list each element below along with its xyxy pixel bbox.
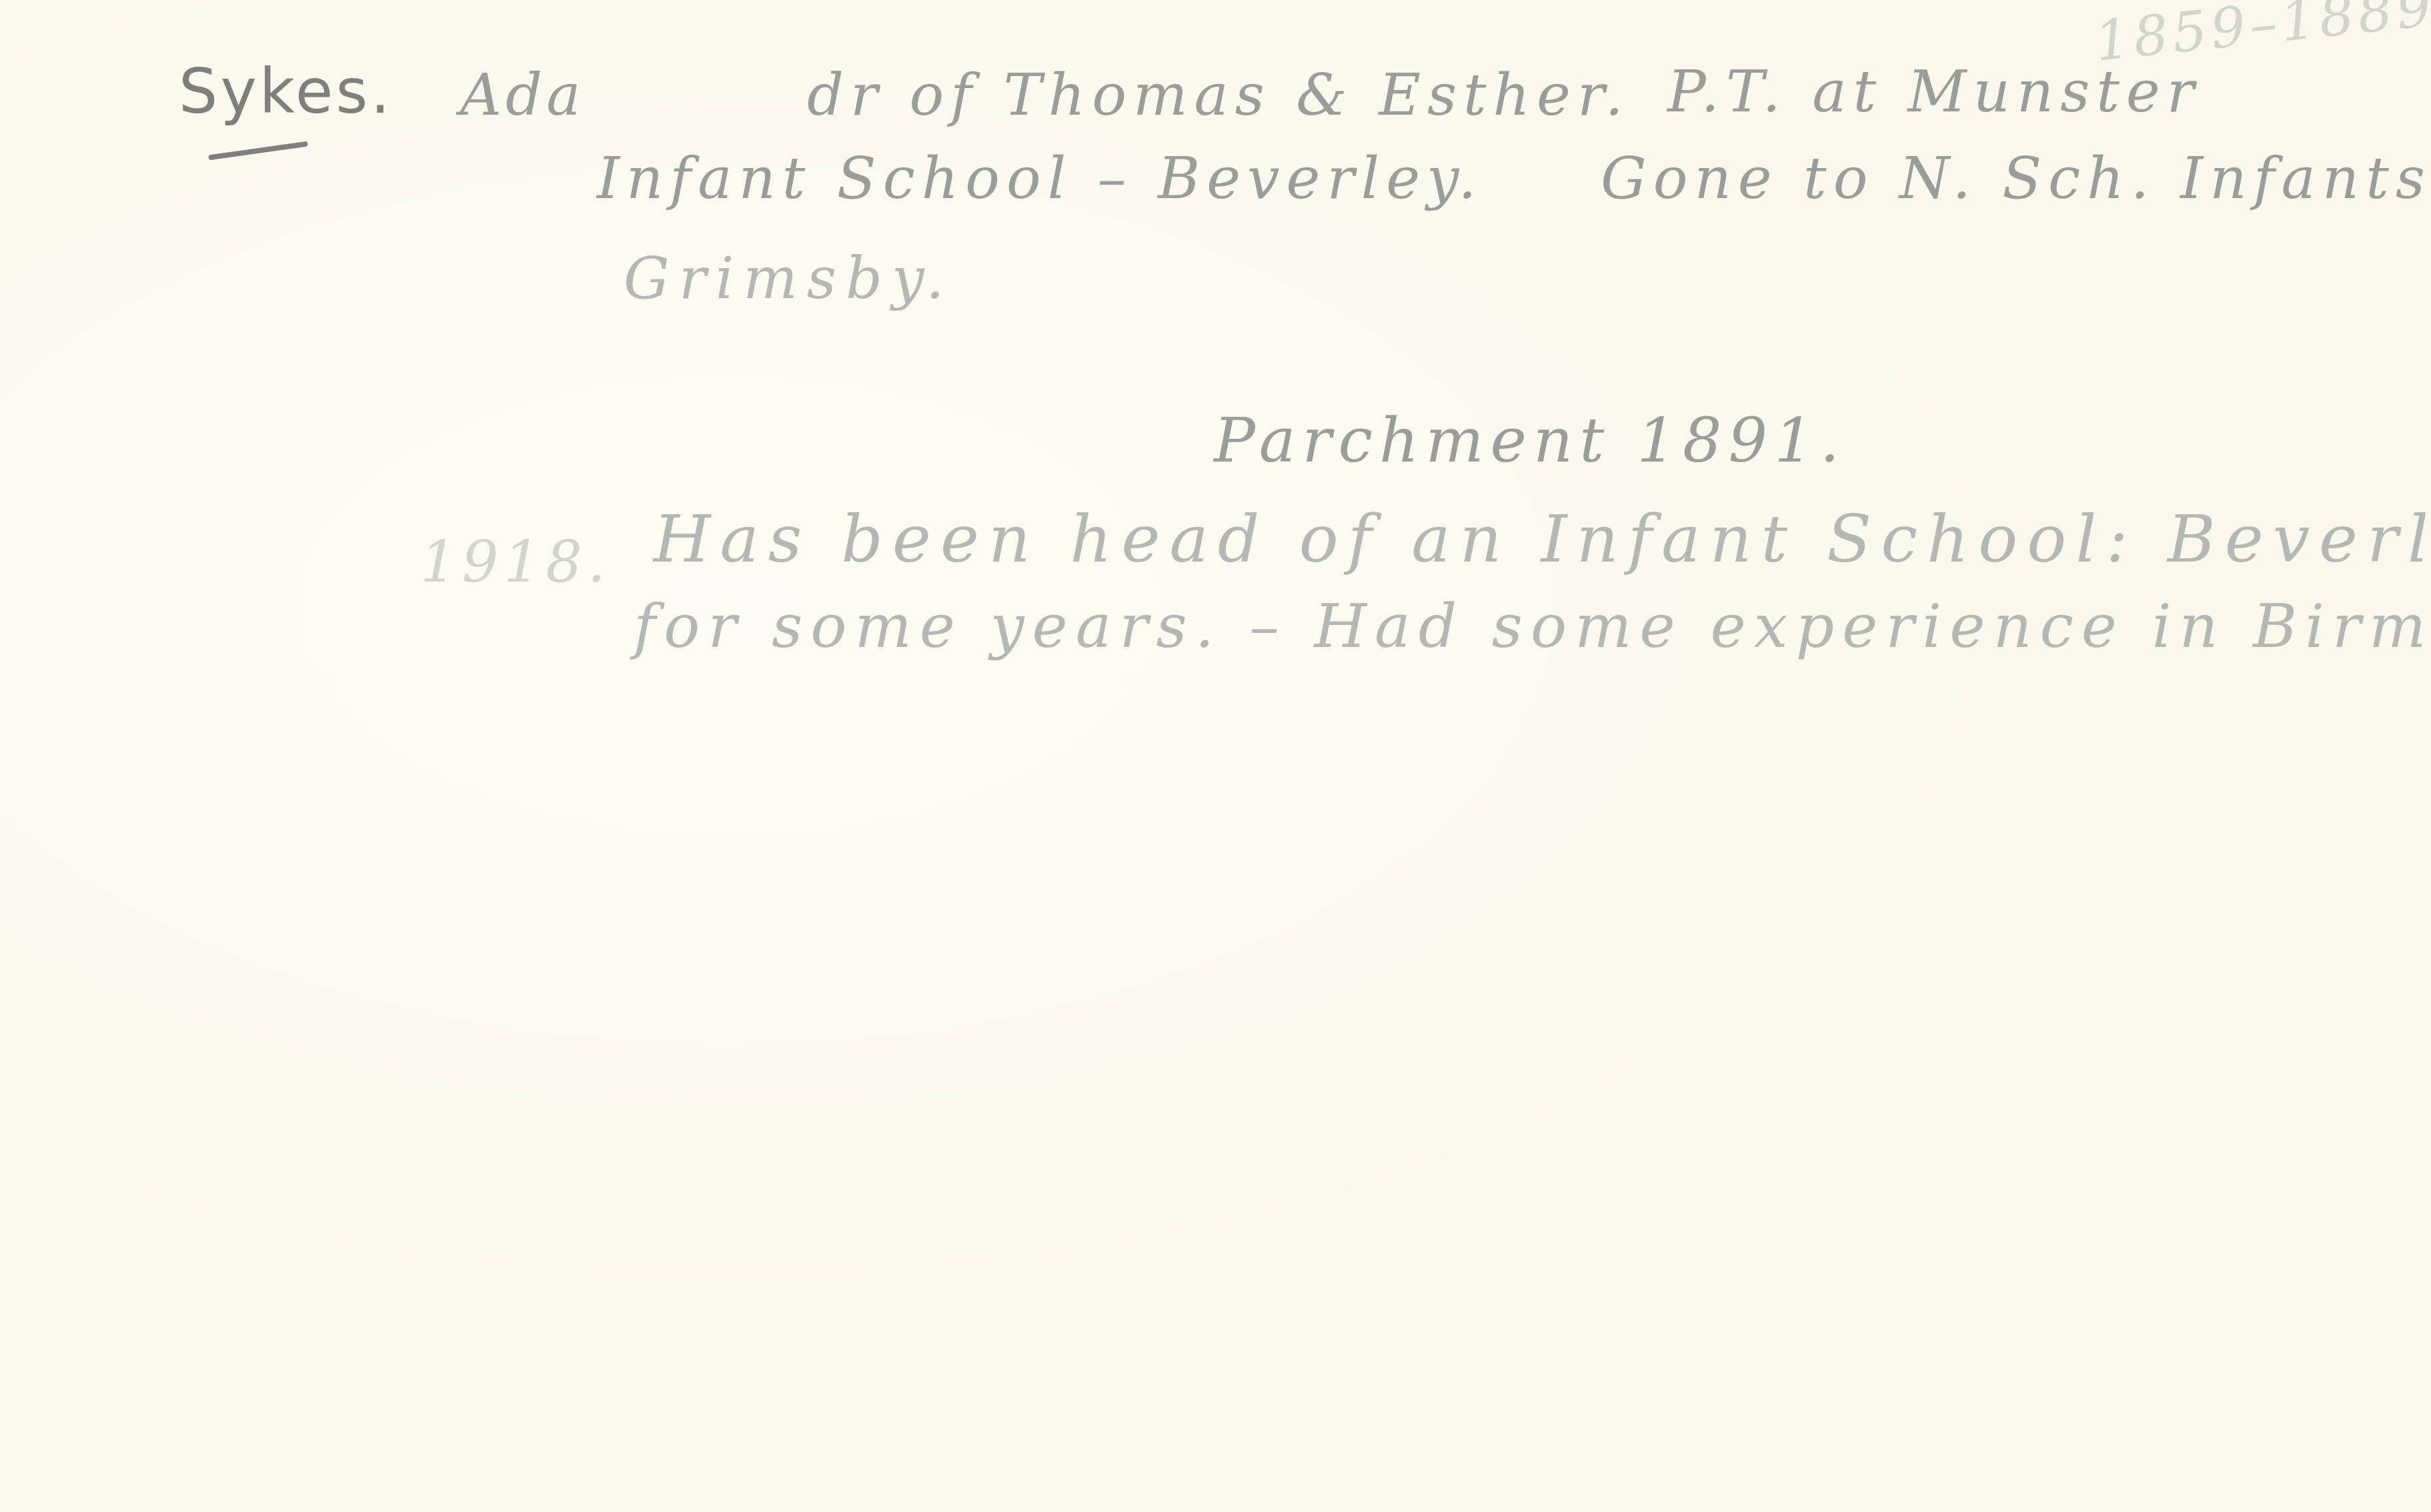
- entry-gone-to: Gone to N. Sch. Infants: [1601, 150, 2431, 207]
- surname-underline: [208, 141, 308, 161]
- later-note-line-2: for some years. – Had some experience in…: [634, 597, 2431, 657]
- later-note-line-1: Has been head of an Infant School: Bever…: [654, 507, 2431, 572]
- later-note-year: 1918.: [420, 534, 611, 591]
- entry-town: Grimsby.: [624, 250, 954, 307]
- entry-parentage: dr of Thomas & Esther.: [807, 67, 1630, 124]
- entry-pupil-teacher-location: P.T. at Munster: [1667, 63, 2201, 121]
- pencil-years-annotation: 1859–1889: [2092, 0, 2431, 70]
- entry-parchment: Parchment 1891.: [1214, 410, 1846, 472]
- entry-surname: Sykes.: [179, 61, 393, 123]
- register-page: Sykes. Ada dr of Thomas & Esther. P.T. a…: [0, 0, 2431, 1512]
- entry-forename: Ada: [460, 67, 584, 124]
- entry-school: Infant School – Beverley.: [597, 150, 1483, 207]
